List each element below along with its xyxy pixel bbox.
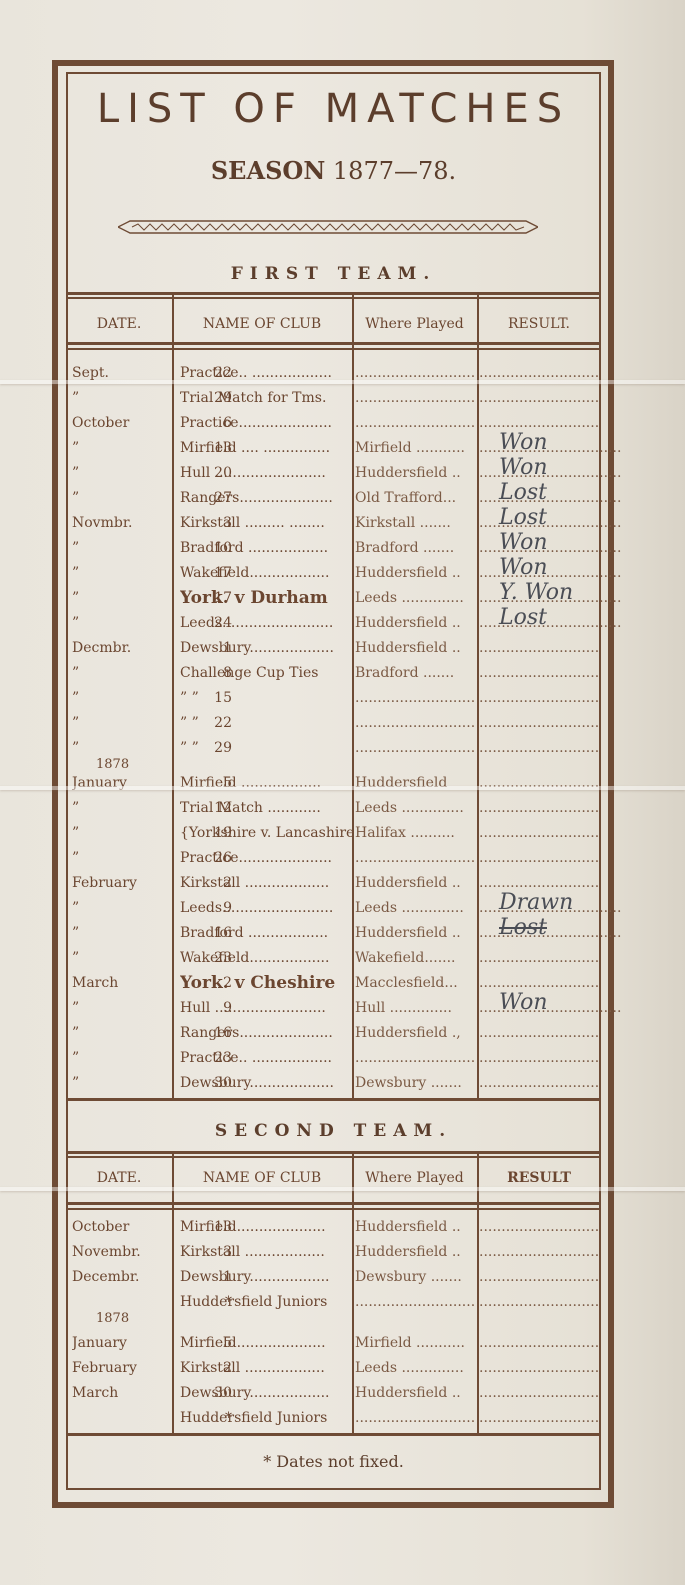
venue: Mirfield ........... — [355, 436, 475, 461]
venue: Leeds .............. — [355, 1356, 475, 1381]
handwritten-result: Lost — [499, 480, 547, 505]
year-label: 1878 — [96, 757, 129, 772]
club-name: Kirkstall ......... ........ — [180, 511, 352, 536]
first-col-result: RESULT. — [477, 316, 601, 332]
venue: Leeds .............. — [355, 896, 475, 921]
venue: Dewsbury ....... — [355, 1071, 475, 1096]
year-label: 1878 — [96, 1311, 129, 1326]
result-cell: ................................ — [479, 821, 599, 846]
footnote: * Dates not fixed. — [66, 1452, 601, 1471]
club-name: Leeds......................... — [180, 896, 352, 921]
club-name: Huddersfield Juniors — [180, 1406, 352, 1431]
handwritten-result: Won — [499, 990, 548, 1015]
club-name: Mirfield .... ............... — [180, 436, 352, 461]
club-name: ” ” — [180, 686, 352, 711]
club-name: Kirkstall .................. — [180, 1240, 352, 1265]
table-rule — [66, 342, 601, 345]
table-rule — [66, 1208, 601, 1210]
result-cell: ................................ — [479, 796, 599, 821]
second-col-club: NAME OF CLUB — [172, 1170, 352, 1186]
venue: Kirkstall ....... — [355, 511, 475, 536]
result-cell: ................................ — [479, 1240, 599, 1265]
season-heading: SEASON 1877—78. — [66, 156, 601, 185]
document-title: LIST OF MATCHES — [66, 86, 601, 132]
club-name: Rangers..................... — [180, 1021, 352, 1046]
venue: .............................. — [355, 1290, 475, 1315]
handwritten-result: Won — [499, 530, 548, 555]
venue: Mirfield ........... — [355, 1331, 475, 1356]
handwritten-result: Lost — [499, 505, 547, 530]
table-row: ”16Rangers.....................Huddersfi… — [66, 1021, 601, 1046]
second-col-venue: Where Played — [352, 1170, 477, 1186]
first-team-heading: FIRST TEAM. — [66, 264, 601, 284]
handwritten-result: Lost — [499, 915, 547, 940]
club-name: ” ” — [180, 711, 352, 736]
venue: Huddersfield — [355, 771, 475, 796]
result-cell: ................................ — [479, 1021, 599, 1046]
second-team-heading: SECOND TEAM. — [66, 1121, 601, 1141]
venue: Huddersfield .. — [355, 921, 475, 946]
table-row: March30Dewsbury..................Hudders… — [66, 1381, 601, 1406]
club-name: Kirkstall ................... — [180, 871, 352, 896]
table-rule — [66, 1433, 601, 1436]
venue: Halifax .......... — [355, 821, 475, 846]
result-cell: ................................Lost — [479, 611, 599, 636]
handwritten-result: Won — [499, 555, 548, 580]
handwritten-result: Won — [499, 455, 548, 480]
table-row: ”23Wakefield..................Wakefield.… — [66, 946, 601, 971]
venue: Huddersfield ., — [355, 1021, 475, 1046]
table-rule — [66, 297, 601, 299]
venue: Huddersfield .. — [355, 1215, 475, 1240]
table-row: ”16Bradford ..................Huddersfie… — [66, 921, 601, 946]
table-row: January5Mirfield....................Mirf… — [66, 1331, 601, 1356]
venue: Huddersfield .. — [355, 636, 475, 661]
result-cell: ................................Lost — [479, 921, 599, 946]
club-name: Hull ......................... — [180, 996, 352, 1021]
table-row: ”8Challenge Cup TiesBradford ...........… — [66, 661, 601, 686]
club-name: York. v Cheshire — [180, 971, 352, 996]
table-rule — [66, 292, 601, 295]
club-name: Mirfield.................... — [180, 1331, 352, 1356]
paper-fold — [0, 1187, 685, 1191]
table-row: Decembr.1Dewsbury..................Dewsb… — [66, 1265, 601, 1290]
season-years: 1877—78. — [333, 157, 456, 185]
table-row: Novembr.3Kirkstall ..................Hud… — [66, 1240, 601, 1265]
paper-fold — [0, 786, 685, 790]
club-name: Trial Match ............ — [180, 796, 352, 821]
club-name: Practice..................... — [180, 846, 352, 871]
table-row: ”23Practice.. ..........................… — [66, 1046, 601, 1071]
result-cell: ................................Won — [479, 996, 599, 1021]
venue: .............................. — [355, 386, 475, 411]
table-row: ”9Hull .........................Hull ...… — [66, 996, 601, 1021]
table-row: January5Mirfield ..................Hudde… — [66, 771, 601, 796]
club-name: Wakefield.................. — [180, 561, 352, 586]
result-cell: ................................ — [479, 771, 599, 796]
venue: .............................. — [355, 711, 475, 736]
venue: Macclesfield... — [355, 971, 475, 996]
result-cell: ................................ — [479, 636, 599, 661]
venue: Leeds .............. — [355, 796, 475, 821]
club-name: Dewsbury................... — [180, 1071, 352, 1096]
venue: .............................. — [355, 411, 475, 436]
result-cell: ................................ — [479, 1381, 599, 1406]
result-cell: ................................ — [479, 1356, 599, 1381]
club-name: Mirfield.................... — [180, 1215, 352, 1240]
venue: Old Trafford... — [355, 486, 475, 511]
club-name: ” ” — [180, 736, 352, 761]
table-row: ”15” ”..................................… — [66, 686, 601, 711]
ornament-divider-icon — [118, 220, 538, 234]
venue: .............................. — [355, 1406, 475, 1431]
club-name: Dewsbury................... — [180, 636, 352, 661]
table-row: February2Kirkstall ..................Lee… — [66, 1356, 601, 1381]
handwritten-result: Lost — [499, 605, 547, 630]
venue: Huddersfield .. — [355, 1240, 475, 1265]
club-name: {Yorkshire v. Lancashire} — [180, 821, 352, 846]
first-col-date: DATE. — [66, 316, 172, 332]
venue: Huddersfield .. — [355, 461, 475, 486]
venue: Bradford ....... — [355, 536, 475, 561]
first-col-club: NAME OF CLUB — [172, 316, 352, 332]
table-row: *Huddersfield Juniors...................… — [66, 1290, 601, 1315]
club-name: Practice.. .................. — [180, 1046, 352, 1071]
club-name: Practice..................... — [180, 411, 352, 436]
venue: Dewsbury ....... — [355, 1265, 475, 1290]
result-cell: ................................ — [479, 1290, 599, 1315]
season-label: SEASON — [211, 156, 325, 185]
venue: Huddersfield .. — [355, 611, 475, 636]
venue: Huddersfield .. — [355, 871, 475, 896]
result-cell: ................................ — [479, 386, 599, 411]
table-rule — [66, 1098, 601, 1101]
venue: Wakefield....... — [355, 946, 475, 971]
result-cell: ................................ — [479, 711, 599, 736]
venue: Leeds .............. — [355, 586, 475, 611]
table-row: ”29Trial Match for Tms..................… — [66, 386, 601, 411]
first-col-venue: Where Played — [352, 316, 477, 332]
club-name: Wakefield.................. — [180, 946, 352, 971]
club-name: Hull ......................... — [180, 461, 352, 486]
club-name: Challenge Cup Ties — [180, 661, 352, 686]
venue: .............................. — [355, 686, 475, 711]
club-name: Dewsbury.................. — [180, 1381, 352, 1406]
handwritten-result: Y. Won — [499, 580, 573, 605]
result-cell: ................................ — [479, 1265, 599, 1290]
result-cell: ................................ — [479, 736, 599, 761]
club-name: York. v Durham — [180, 586, 352, 611]
table-row: ”12Trial Match ............Leeds .......… — [66, 796, 601, 821]
paper-fold — [0, 380, 685, 384]
table-row: *Huddersfield Juniors...................… — [66, 1406, 601, 1431]
venue: .............................. — [355, 1046, 475, 1071]
table-rule — [66, 348, 601, 350]
venue: .............................. — [355, 736, 475, 761]
table-row: ”29” ”..................................… — [66, 736, 601, 761]
table-rule — [66, 1202, 601, 1205]
club-name: Bradford .................. — [180, 536, 352, 561]
result-cell: ................................ — [479, 1046, 599, 1071]
table-row: ”26Practice.............................… — [66, 846, 601, 871]
result-cell: ................................ — [479, 946, 599, 971]
club-name: Leeds......................... — [180, 611, 352, 636]
table-row: ”24Leeds.........................Hudders… — [66, 611, 601, 636]
club-name: Mirfield .................. — [180, 771, 352, 796]
venue: Huddersfield .. — [355, 1381, 475, 1406]
result-cell: ................................ — [479, 686, 599, 711]
table-row: ”22” ”..................................… — [66, 711, 601, 736]
table-row: ”30Dewsbury...................Dewsbury .… — [66, 1071, 601, 1096]
second-col-result: RESULT — [477, 1170, 601, 1186]
table-row: ”19{Yorkshire v. Lancashire}Halifax ....… — [66, 821, 601, 846]
result-cell: ................................ — [479, 1071, 599, 1096]
result-cell: ................................ — [479, 1215, 599, 1240]
result-cell: ................................ — [479, 1331, 599, 1356]
club-name: Kirkstall .................. — [180, 1356, 352, 1381]
club-name: Huddersfield Juniors — [180, 1290, 352, 1315]
table-row: Decmbr.1Dewsbury...................Hudde… — [66, 636, 601, 661]
result-cell: ................................ — [479, 1406, 599, 1431]
table-row: October13Mirfield....................Hud… — [66, 1215, 601, 1240]
club-name: Trial Match for Tms. — [180, 386, 352, 411]
venue: Bradford ....... — [355, 661, 475, 686]
venue: .............................. — [355, 846, 475, 871]
club-name: Dewsbury.................. — [180, 1265, 352, 1290]
second-col-date: DATE. — [66, 1170, 172, 1186]
venue: Hull .............. — [355, 996, 475, 1021]
club-name: Rangers..................... — [180, 486, 352, 511]
club-name: Bradford .................. — [180, 921, 352, 946]
result-cell: ................................ — [479, 846, 599, 871]
handwritten-result: Won — [499, 430, 548, 455]
venue: Huddersfield .. — [355, 561, 475, 586]
table-rule — [66, 1156, 601, 1158]
table-rule — [66, 1151, 601, 1154]
handwritten-result: Drawn — [499, 890, 573, 915]
result-cell: ................................ — [479, 661, 599, 686]
